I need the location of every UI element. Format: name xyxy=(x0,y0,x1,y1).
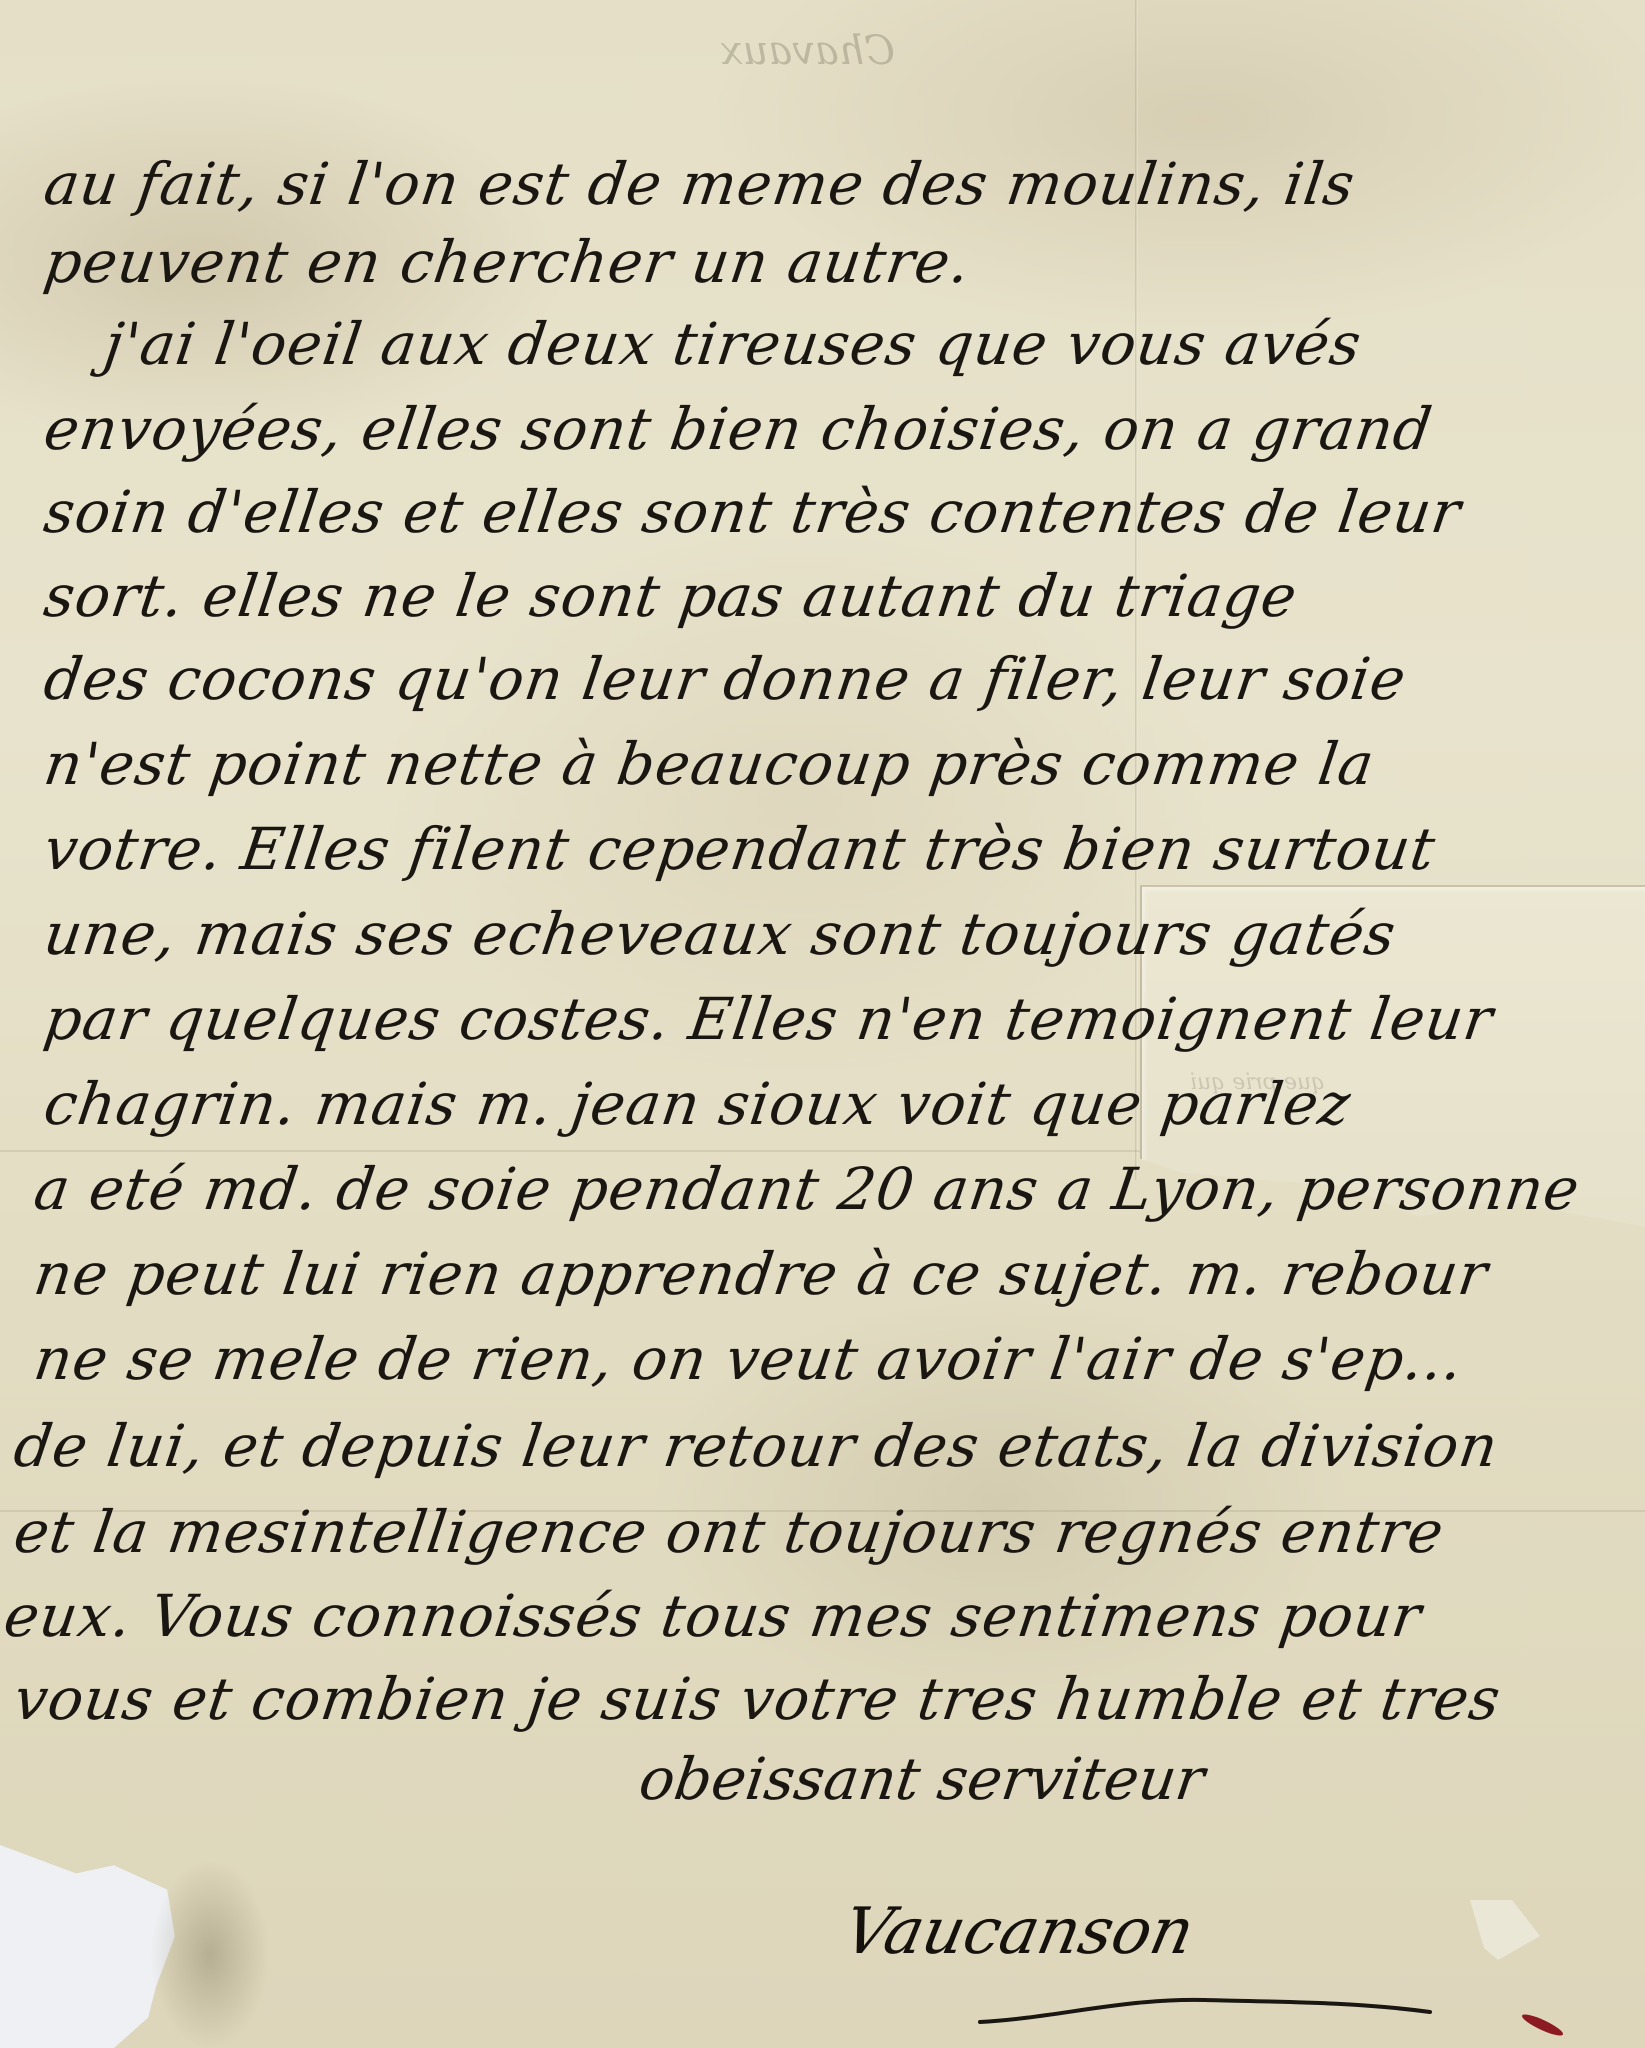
bleed-through-text-top: Chavaux xyxy=(720,28,895,74)
signature-flourish xyxy=(975,1990,1435,2030)
letter-closing: obeissant serviteur xyxy=(635,1745,1209,1813)
signature: Vaucanson xyxy=(837,1895,1200,1969)
red-seal-fragment xyxy=(1520,2011,1565,2039)
letter-line: vous et combien je suis votre tres humbl… xyxy=(10,1665,1505,1733)
letter-line: au fait, si l'on est de meme des moulins… xyxy=(40,150,1359,218)
letter-line: une, mais ses echeveaux sont toujours ga… xyxy=(40,900,1400,968)
water-stain xyxy=(150,1860,270,2048)
letter-line: votre. Elles filent cependant très bien … xyxy=(40,815,1440,883)
letter-line: soin d'elles et elles sont très contente… xyxy=(40,478,1465,546)
letter-line: ne se mele de rien, on veut avoir l'air … xyxy=(30,1325,1468,1393)
folded-corner-bottom-right xyxy=(1470,1900,1540,1960)
letter-line: de lui, et depuis leur retour des etats,… xyxy=(10,1412,1503,1480)
letter-line: a eté md. de soie pendant 20 ans a Lyon,… xyxy=(30,1155,1584,1223)
letter-line: envoyées, elles sont bien choisies, on a… xyxy=(40,395,1437,463)
letter-line: eux. Vous connoissés tous mes sentimens … xyxy=(0,1582,1426,1650)
letter-line: et la mesintelligence ont toujours regné… xyxy=(10,1498,1448,1566)
letter-line: ne peut lui rien apprendre à ce sujet. m… xyxy=(30,1240,1492,1308)
letter-line: sort. elles ne le sont pas autant du tri… xyxy=(40,562,1302,630)
letter-page: Chavaux que prie qui au fait, si l'on es… xyxy=(0,0,1645,2048)
letter-line: n'est point nette à beaucoup près comme … xyxy=(40,730,1379,798)
letter-line: des cocons qu'on leur donne a filer, leu… xyxy=(40,645,1411,713)
letter-line: peuvent en chercher un autre. xyxy=(40,228,975,296)
letter-line: j'ai l'oeil aux deux tireuses que vous a… xyxy=(100,310,1366,378)
letter-line: par quelques costes. Elles n'en temoigne… xyxy=(40,985,1498,1053)
letter-line: chagrin. mais m. jean sioux voit que par… xyxy=(40,1070,1355,1138)
